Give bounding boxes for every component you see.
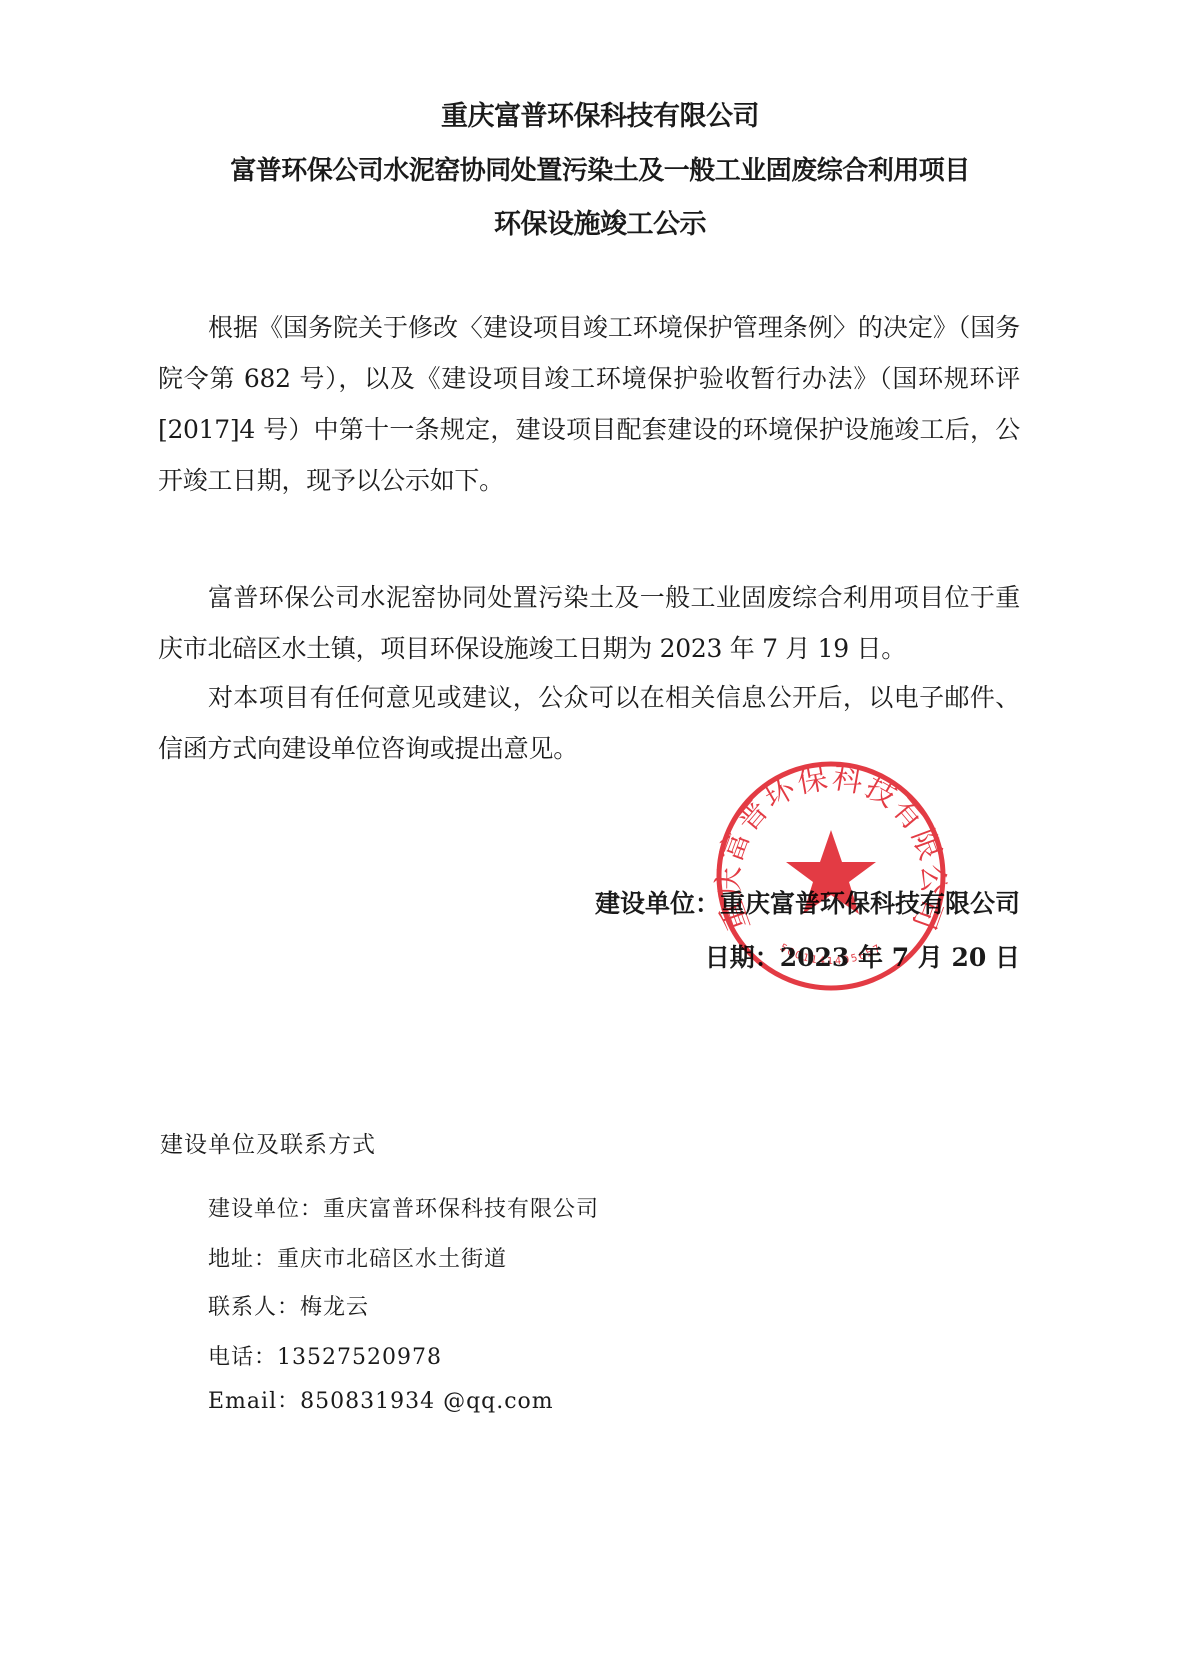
contact-unit: 建设单位：重庆富普环保科技有限公司 [208,1192,599,1223]
contact-email: Email：850831934 @qq.com [208,1384,554,1415]
star-icon [786,830,876,914]
notice-title: 环保设施竣工公示 [0,202,1200,241]
contact-heading: 建设单位及联系方式 [160,1126,376,1159]
paragraph-legal-basis: 根据《国务院关于修改〈建设项目竣工环境保护管理条例〉的决定》（国务院令第 682… [158,302,1020,506]
seal-code: 5001141405657 [778,942,885,967]
company-title: 重庆富普环保科技有限公司 [0,94,1200,133]
contact-person: 联系人：梅龙云 [208,1290,369,1321]
company-seal: 重庆富普环保科技有限公司 5001141405657 [713,758,949,994]
paragraph-completion-date: 富普环保公司水泥窑协同处置污染土及一般工业固废综合利用项目位于重庆市北碚区水土镇… [158,572,1020,674]
contact-address: 地址：重庆市北碚区水土街道 [208,1242,507,1273]
svg-text:5001141405657: 5001141405657 [778,942,885,967]
project-title: 富普环保公司水泥窑协同处置污染土及一般工业固废综合利用项目 [0,150,1200,187]
contact-phone: 电话：13527520978 [208,1340,442,1371]
